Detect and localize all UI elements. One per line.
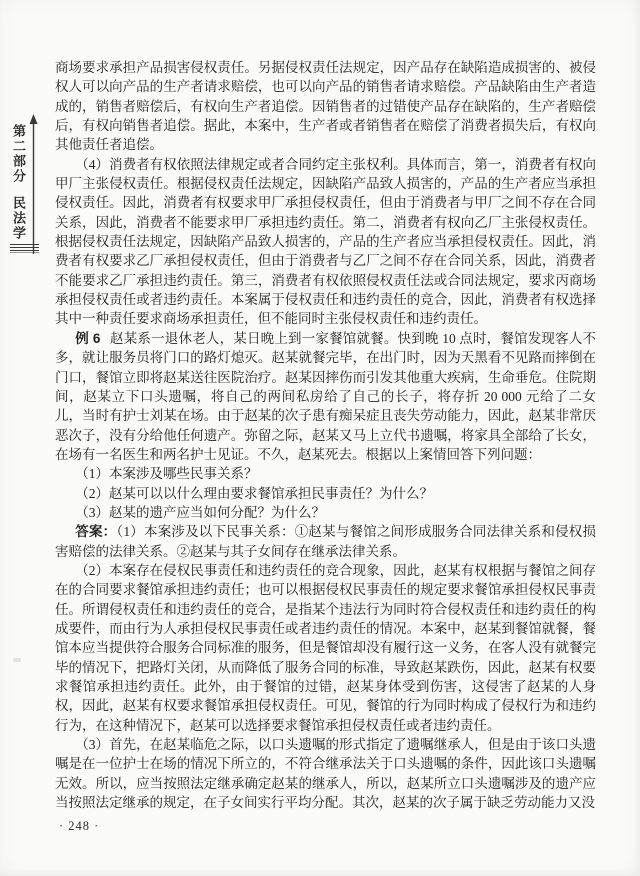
question-2: （2）赵某可以以什么理由要求餐馆承担民事责任？为什么？: [55, 484, 596, 503]
example-6-paragraph: 例 6赵某系一退休老人，某日晚上到一家餐馆就餐。快到晚 10 点时，餐馆发现客人…: [55, 329, 596, 464]
answer-2-paragraph: （2）本案存在侵权民事责任和违约责任的竞合现象，因此，赵某有权根据与餐馆之间存在…: [55, 561, 596, 735]
sidebar-vertical-label: 第二部分民法学: [12, 124, 25, 241]
question-1: （1）本案涉及哪些民事关系？: [55, 464, 596, 483]
paragraph-text: 赵某系一退休老人，某日晚上到一家餐馆就餐。快到晚 10 点时，餐馆发现客人不多，…: [55, 331, 596, 462]
paragraph-text: （3）首先，在赵某临危之际，以口头遗嘱的形式指定了遗嘱继承人，但是由于该口头遗嘱…: [55, 737, 596, 810]
part-label: 第二部分: [11, 124, 26, 184]
subject-label: 民法学: [11, 196, 26, 241]
hatch-marker: [10, 244, 39, 253]
book-page: 第二部分民法学 商场要求承担产品损害侵权责任。另据侵权责任法规定，因产品存在缺陷…: [0, 0, 640, 876]
chapter-sidebar: 第二部分民法学: [0, 110, 46, 260]
section-arrow-icon: [27, 114, 41, 260]
paragraph-text: （2）本案存在侵权民事责任和违约责任的竞合现象，因此，赵某有权根据与餐馆之间存在…: [55, 563, 596, 733]
question-text: （2）赵某可以以什么理由要求餐馆承担民事责任？为什么？: [75, 486, 433, 501]
answer-1-paragraph: 答案：（1）本案涉及以下民事关系：①赵某与餐馆之间形成服务合同法律关系和侵权损害…: [55, 522, 596, 561]
paragraph-text: 商场要求承担产品损害侵权责任。另据侵权责任法规定，因产品存在缺陷造成损害的、被侵…: [55, 60, 596, 152]
scan-artifact: [13, 658, 21, 662]
paragraph-text: （4）消费者有权依照法律规定或者合同约定主张权利。具体而言，第一，消费者有权向甲…: [55, 157, 596, 327]
example-label: 例 6: [75, 331, 100, 346]
question-text: （3）赵某的遗产应当如何分配？为什么？: [75, 505, 325, 520]
paragraph-continuation: 商场要求承担产品损害侵权责任。另据侵权责任法规定，因产品存在缺陷造成损害的、被侵…: [55, 58, 596, 155]
question-text: （1）本案涉及哪些民事关系？: [75, 466, 257, 481]
paragraph-text: （1）本案涉及以下民事关系：①赵某与餐馆之间形成服务合同法律关系和侵权损害赔偿的…: [55, 524, 596, 558]
page-number: · 248 ·: [55, 817, 596, 836]
answer-3-paragraph: （3）首先，在赵某临危之际，以口头遗嘱的形式指定了遗嘱继承人，但是由于该口头遗嘱…: [55, 735, 596, 812]
paragraph-point-4: （4）消费者有权依照法律规定或者合同约定主张权利。具体而言，第一，消费者有权向甲…: [55, 155, 596, 329]
answer-label: 答案：: [75, 524, 116, 539]
question-3: （3）赵某的遗产应当如何分配？为什么？: [55, 503, 596, 522]
page-content: 商场要求承担产品损害侵权责任。另据侵权责任法规定，因产品存在缺陷造成损害的、被侵…: [55, 58, 596, 837]
